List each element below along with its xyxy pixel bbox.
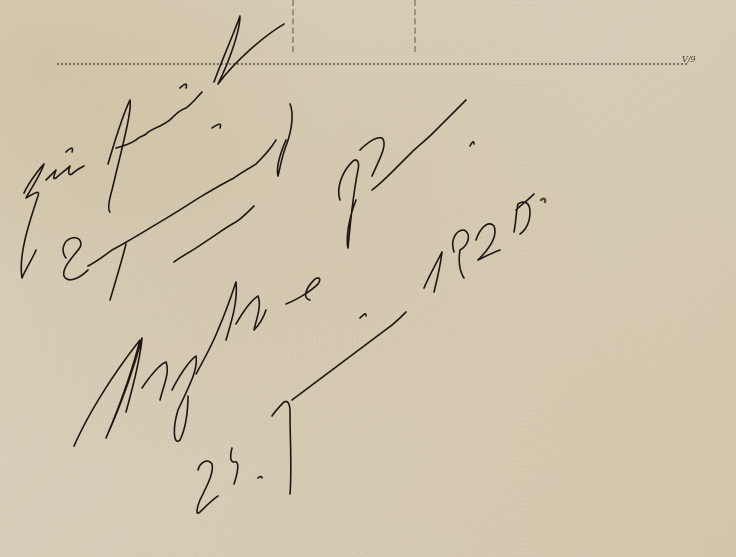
word-prinz bbox=[339, 100, 474, 248]
word-erinnerung bbox=[63, 104, 292, 300]
postcard-back: V/9 Zur freundl. Erinnerung an Magda e P… bbox=[0, 0, 736, 557]
word-zur bbox=[21, 148, 84, 278]
date-year bbox=[424, 194, 545, 292]
word-freundl bbox=[108, 16, 284, 212]
word-magda bbox=[74, 282, 266, 446]
word-e bbox=[286, 278, 320, 304]
word-januar bbox=[272, 312, 406, 494]
handwriting-strokes bbox=[0, 0, 736, 557]
date-day bbox=[197, 448, 262, 513]
word-an bbox=[174, 206, 254, 262]
